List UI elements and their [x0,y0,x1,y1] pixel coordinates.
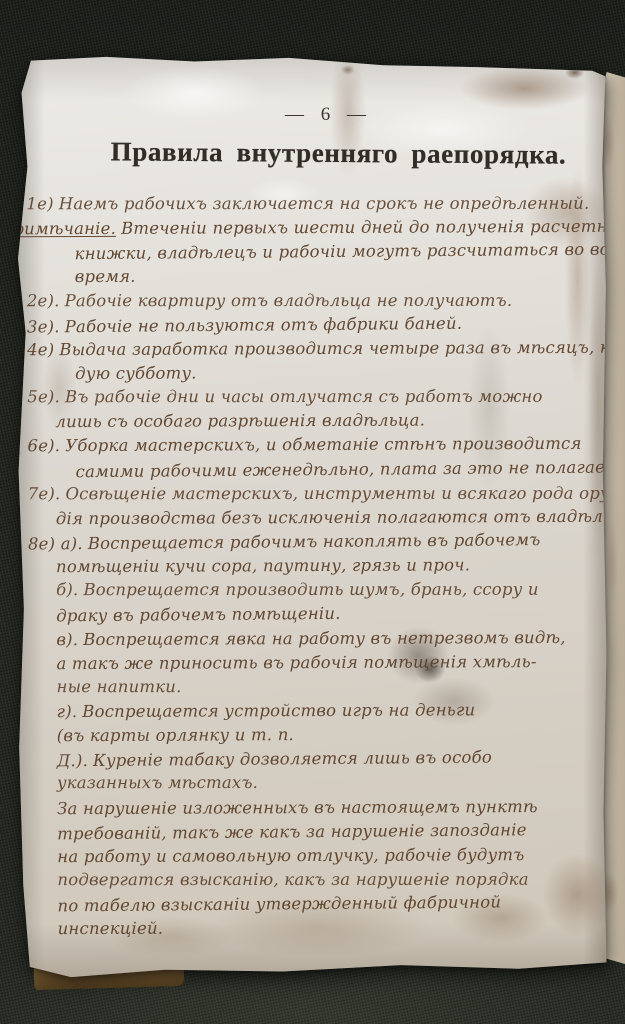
line-text: а такъ же приносить въ рабочія помѣщенія… [56,652,536,673]
line-text: время. [75,267,136,286]
line-text: Уборка мастерскихъ, и обметаніе стѣнъ пр… [65,434,581,455]
line-text: дія производства безъ исключенія полагаю… [56,506,607,528]
manuscript-line: 1е)Наемъ рабочихъ заключается на срокъ н… [26,192,605,217]
line-text: на работу и самовольную отлучку, рабочіе… [57,845,524,866]
manuscript-line: 6е).Уборка мастерскихъ, и обметаніе стѣн… [27,432,606,459]
photo-scene: — 6 — Правила внутренняго раепорядка. 1е… [0,0,625,1024]
manuscript-line: 7е).Освѣщеніе мастерскихъ, инструменты и… [28,481,607,506]
page-number: — 6 — [32,104,607,126]
line-text: Воспрещается явка на работу въ нетрезвом… [83,627,566,648]
line-text: книжки, владѣлецъ и рабочіи могутъ разсч… [75,239,607,263]
manuscript-line: подвергатся взысканію, какъ за нарушеніе… [57,868,607,893]
line-text: Воспрещается устройство игръ на деньги [82,700,475,721]
line-text: подвергатся взысканію, какъ за нарушеніе… [57,870,528,889]
line-text: Наемъ рабочихъ заключается на срокъ не о… [59,194,590,213]
manuscript-line: драку въ рабочемъ помѣщеніи. [56,600,607,629]
manuscript-line: 5е).Въ рабочіе дни и часы отлучатся съ р… [27,385,606,410]
line-text: Выдача заработка производится четыре раз… [59,337,607,359]
item-marker: 3е). [27,317,65,336]
line-text: указанныхъ мѣстахъ. [57,773,258,792]
item-marker: Д.). [57,751,93,770]
line-text: Рабочіе не пользуются отъ фабрики баней. [65,313,463,335]
manuscript-text: 1е)Наемъ рабочихъ заключается на срокъ н… [26,191,607,942]
manuscript-line: по табелю взысканіи утвержденный фабричн… [57,890,607,919]
line-text: драку въ рабочемъ помѣщеніи. [56,604,341,625]
manuscript-line: инспекціей. [58,915,607,942]
document-page: — 6 — Правила внутренняго раепорядка. 1е… [18,56,607,978]
manuscript-line: лишь съ особаго разрѣшенія владѣльца. [55,408,606,435]
manuscript-line: г).Воспрещается устройство игръ на деньг… [57,698,607,725]
manuscript-line: Д.).Куреніе табаку дозволяется лишь въ о… [57,745,607,774]
item-marker: б). [56,580,83,599]
line-text: Рабочіе квартиру отъ владѣльца не получа… [65,290,513,309]
line-text: требованій, такъ же какъ за нарушеніе за… [57,820,527,843]
line-text: самими рабочими еженедѣльно, плата за эт… [76,457,607,481]
line-text: Воспрещается производить шумъ, брань, сс… [83,580,538,599]
line-text: дую субботу. [75,364,197,384]
item-marker: 5е). [27,387,65,406]
item-marker: г). [57,702,83,721]
manuscript-line: б).Воспрещается производить шумъ, брань,… [56,578,607,603]
line-text: ные напитки. [57,677,182,696]
item-marker: 6е). [27,437,65,456]
line-text: Втеченіи первыхъ шести дней до полученія… [121,217,607,238]
item-marker: 7е). [28,484,66,503]
manuscript-line: требованій, такъ же какъ за нарушеніе за… [57,817,607,846]
manuscript-line: дія производства безъ исключенія полагаю… [56,505,607,532]
line-text: помѣщеніи кучи сора, паутину, грязь и пр… [56,555,470,576]
line-text: Воспрещается рабочимъ накоплять въ рабоч… [88,530,541,553]
manuscript-line: ные напитки. [57,675,607,700]
item-marker: примѣчаніе. [18,219,121,239]
line-text: (въ карты орлянку и т. п. [57,725,294,745]
line-text: Куреніе табаку дозволяется лишь въ особо [93,748,492,770]
line-text: лишь съ особаго разрѣшенія владѣльца. [55,411,425,432]
line-text: Въ рабочіе дни и часы отлучатся съ работ… [65,387,543,406]
page-title: Правила внутренняго раепорядка. [44,136,607,171]
manuscript-line: За нарушеніе изложенныхъ въ настоящемъ п… [57,794,607,821]
item-marker: в). [56,630,83,649]
manuscript-line: в).Воспрещается явка на работу въ нетрез… [56,625,607,652]
line-text: инспекціей. [58,919,164,938]
item-marker: 8е) а). [28,534,88,554]
item-marker: 2е). [27,291,65,310]
item-marker: 1е) [26,194,58,213]
manuscript-line: 4е)Выдача заработка производится четыре … [27,336,606,363]
manuscript-line: а такъ же приносить въ рабочія помѣщенія… [56,649,607,676]
manuscript-line: время. [75,263,606,289]
item-marker: 4е) [27,340,59,359]
manuscript-line: книжки, владѣлецъ и рабочіи могутъ разсч… [75,238,606,267]
document-page-wrap: — 6 — Правила внутренняго раепорядка. 1е… [18,56,607,978]
manuscript-line: помѣщеніи кучи сора, паутину, грязь и пр… [56,553,607,580]
manuscript-line: дую субботу. [75,360,606,386]
manuscript-line: на работу и самовольную отлучку, рабочіе… [57,843,607,870]
manuscript-line: самими рабочими еженедѣльно, плата за эт… [75,455,606,484]
line-text: по табелю взысканіи утвержденный фабричн… [57,893,501,916]
manuscript-line: указанныхъ мѣстахъ. [57,771,607,796]
manuscript-line: 2е).Рабочіе квартиру отъ владѣльца не по… [27,288,606,313]
line-text: Освѣщеніе мастерскихъ, инструменты и вся… [65,483,607,502]
line-text: За нарушеніе изложенныхъ въ настоящемъ п… [57,797,538,818]
